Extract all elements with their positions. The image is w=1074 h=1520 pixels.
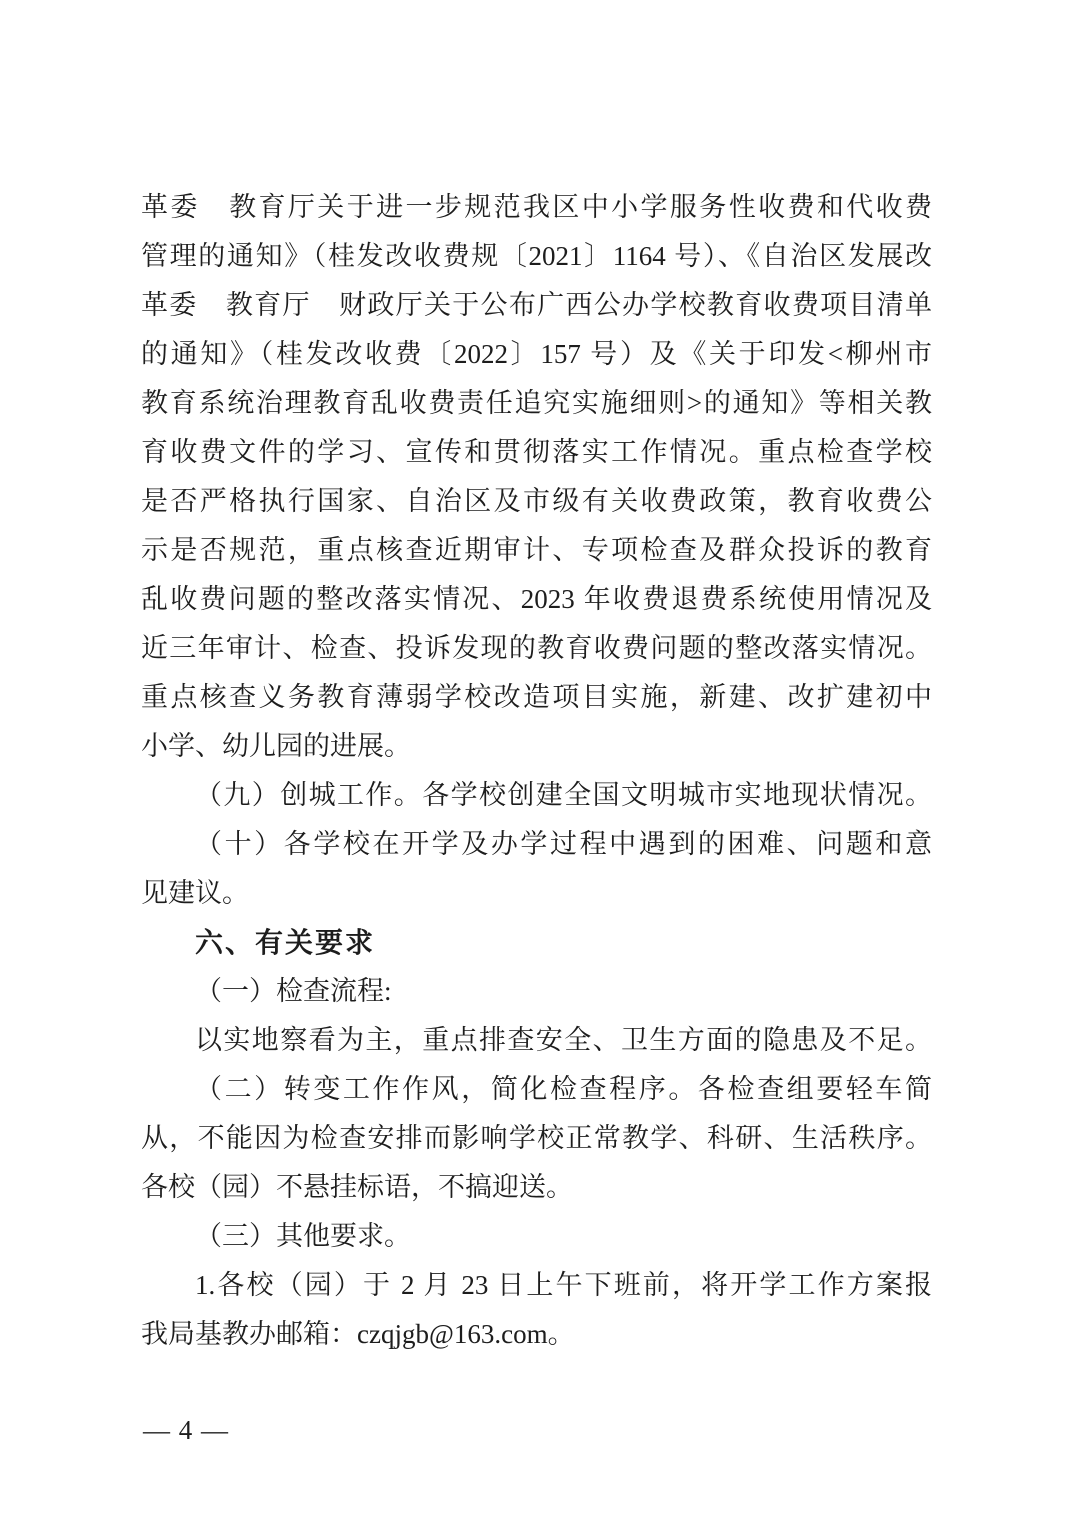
text-line: （一）检查流程: [141, 967, 932, 1016]
text-line: 乱收费问题的整改落实情况、2023 年收费退费系统使用情况及 [141, 575, 932, 624]
text-line: 我局基教办邮箱：czqjgb@163.com。 [141, 1310, 932, 1359]
text-line: 各校（园）不悬挂标语，不搞迎送。 [141, 1163, 932, 1212]
text-line: 重点核查义务教育薄弱学校改造项目实施，新建、改扩建初中 [141, 673, 932, 722]
text-line: 是否严格执行国家、自治区及市级有关收费政策，教育收费公 [141, 477, 932, 526]
text-line: 管理的通知》（桂发改收费规〔2021〕1164 号）、《自治区发展改 [141, 232, 932, 281]
text-line: 小学、幼儿园的进展。 [141, 722, 932, 771]
text-line: （二）转变工作作风，简化检查程序。各检查组要轻车简 [141, 1065, 932, 1114]
text-line: 近三年审计、检查、投诉发现的教育收费问题的整改落实情况。 [141, 624, 932, 673]
text-line: 育收费文件的学习、宣传和贯彻落实工作情况。重点检查学校 [141, 428, 932, 477]
text-line: 教育系统治理教育乱收费责任追究实施细则>的通知》等相关教 [141, 379, 932, 428]
text-line: 的通知》（桂发改收费〔2022〕157 号）及《关于印发<柳州市 [141, 330, 932, 379]
text-line: 见建议。 [141, 869, 932, 918]
text-line: （十）各学校在开学及办学过程中遇到的困难、问题和意 [141, 820, 932, 869]
text-line: （三）其他要求。 [141, 1212, 932, 1261]
text-line: （九）创城工作。各学校创建全国文明城市实地现状情况。 [141, 771, 932, 820]
section-heading: 六、有关要求 [141, 918, 932, 967]
text-line: 从，不能因为检查安排而影响学校正常教学、科研、生活秩序。 [141, 1114, 932, 1163]
document-body: 革委 教育厅关于进一步规范我区中小学服务性收费和代收费管理的通知》（桂发改收费规… [141, 183, 932, 1359]
text-line: 革委 教育厅关于进一步规范我区中小学服务性收费和代收费 [141, 183, 932, 232]
text-line: 革委 教育厅 财政厅关于公布广西公办学校教育收费项目清单 [141, 281, 932, 330]
text-line: 以实地察看为主，重点排查安全、卫生方面的隐患及不足。 [141, 1016, 932, 1065]
text-line: 示是否规范，重点核查近期审计、专项检查及群众投诉的教育 [141, 526, 932, 575]
document-page: 革委 教育厅关于进一步规范我区中小学服务性收费和代收费管理的通知》（桂发改收费规… [0, 0, 1074, 1520]
page-number: — 4 — [143, 1406, 229, 1455]
text-line: 1.各校（园）于 2 月 23 日上午下班前，将开学工作方案报 [141, 1261, 932, 1310]
